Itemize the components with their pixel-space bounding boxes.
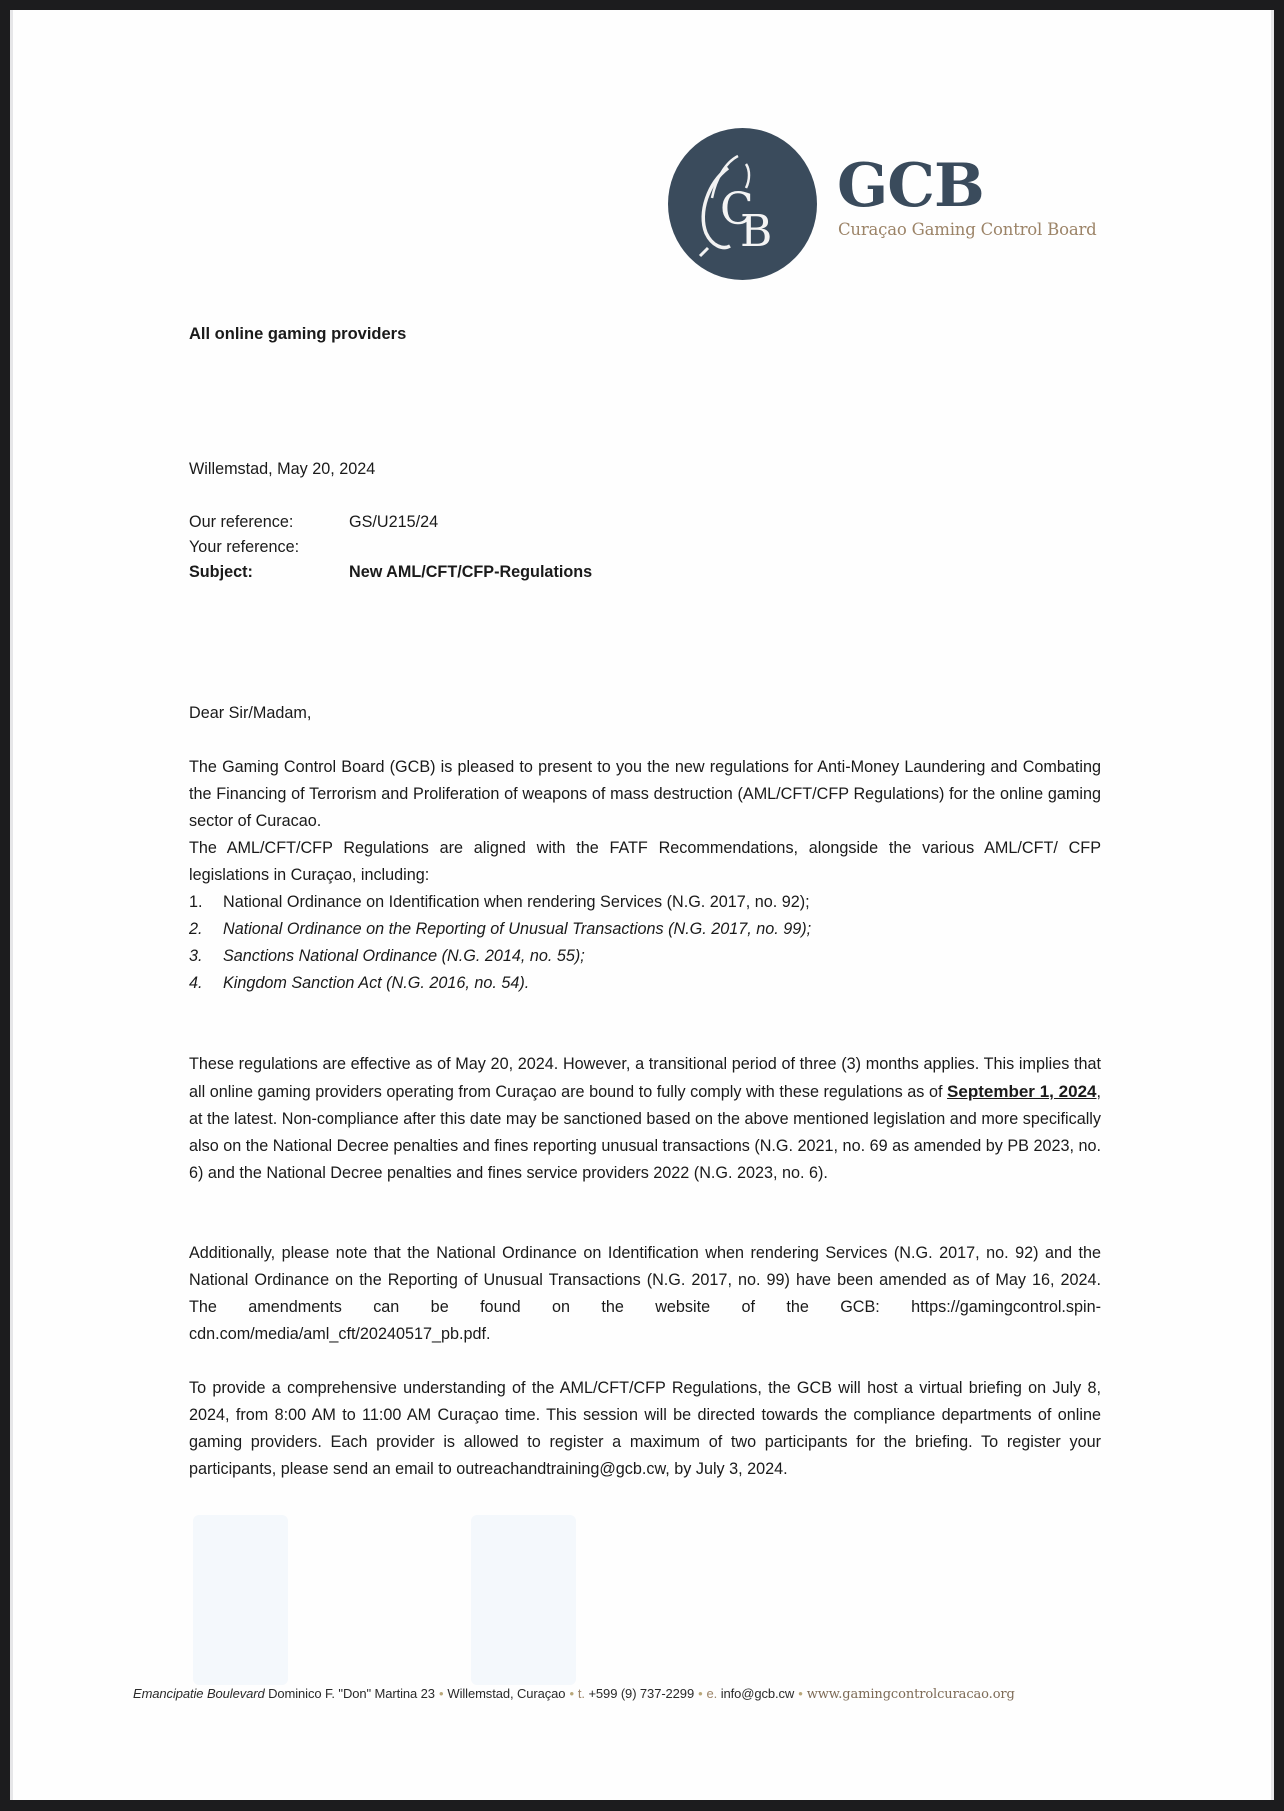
dateline: Willemstad, May 20, 2024 (189, 456, 1101, 483)
footer-street: Dominico F. "Don" Martina 23 (268, 1686, 435, 1701)
gcb-logo-emblem: C B (668, 128, 817, 280)
paragraph-effective-date: These regulations are effective as of Ma… (189, 1051, 1101, 1187)
ref-value: GS/U215/24 (349, 510, 438, 535)
list-number: 2. (189, 916, 223, 943)
paragraph-briefing: To provide a comprehensive understanding… (189, 1375, 1101, 1483)
footer-website: www.gamingcontrolcuracao.org (807, 1687, 1015, 1702)
svg-text:B: B (740, 206, 772, 257)
footer-separator: • (694, 1686, 706, 1701)
paragraph-amendments: Additionally, please note that the Natio… (189, 1240, 1101, 1348)
legislation-list: 1. National Ordinance on Identification … (189, 889, 1101, 997)
gcb-monogram-icon: C B (668, 128, 817, 280)
paragraph-intro: The Gaming Control Board (GCB) is please… (189, 754, 1101, 835)
phone-prefix: t. (578, 1686, 585, 1701)
letter-footer: Emancipatie Boulevard Dominico F. "Don" … (133, 1686, 1173, 1702)
list-item: 3. Sanctions National Ordinance (N.G. 20… (189, 943, 1101, 970)
compliance-deadline: September 1, 2024 (947, 1082, 1096, 1101)
our-reference-row: Our reference: GS/U215/24 (189, 510, 1101, 535)
footer-separator: • (565, 1686, 577, 1701)
list-text: Sanctions National Ordinance (N.G. 2014,… (223, 943, 585, 970)
letter-page: C B GCB Curaçao Gaming Control Board All… (10, 10, 1274, 1800)
list-text: National Ordinance on Identification whe… (223, 889, 810, 916)
ref-label: Your reference: (189, 535, 349, 560)
footer-phone: +599 (9) 737-2299 (588, 1686, 694, 1701)
recipient: All online gaming providers (189, 321, 1101, 348)
subject-label: Subject: (189, 560, 349, 585)
subject-row: Subject: New AML/CFT/CFP-Regulations (189, 560, 1101, 585)
list-item: 1. National Ordinance on Identification … (189, 889, 1101, 916)
ref-label: Our reference: (189, 510, 349, 535)
email-prefix: e. (707, 1686, 718, 1701)
footer-street-italic: Emancipatie Boulevard (133, 1686, 265, 1701)
paragraph-alignment: The AML/CFT/CFP Regulations are aligned … (189, 835, 1101, 889)
footer-email: info@gcb.cw (721, 1686, 795, 1701)
list-item: 2. National Ordinance on the Reporting o… (189, 916, 1101, 943)
salutation: Dear Sir/Madam, (189, 700, 1101, 727)
subject-value: New AML/CFT/CFP-Regulations (349, 560, 592, 585)
footer-city: Willemstad, Curaçao (447, 1686, 565, 1701)
list-item: 4. Kingdom Sanction Act (N.G. 2016, no. … (189, 970, 1101, 997)
your-reference-row: Your reference: (189, 535, 1101, 560)
footer-separator: • (794, 1686, 806, 1701)
gcb-subtitle: Curaçao Gaming Control Board (838, 220, 1097, 239)
reference-block: Our reference: GS/U215/24 Your reference… (189, 510, 1101, 585)
list-number: 4. (189, 970, 223, 997)
watermark-shape (471, 1515, 576, 1685)
list-text: Kingdom Sanction Act (N.G. 2016, no. 54)… (223, 970, 529, 997)
list-number: 3. (189, 943, 223, 970)
watermark-shape (193, 1515, 288, 1685)
gcb-wordmark: GCB (837, 156, 984, 216)
footer-separator: • (435, 1686, 447, 1701)
list-number: 1. (189, 889, 223, 916)
list-text: National Ordinance on the Reporting of U… (223, 916, 811, 943)
